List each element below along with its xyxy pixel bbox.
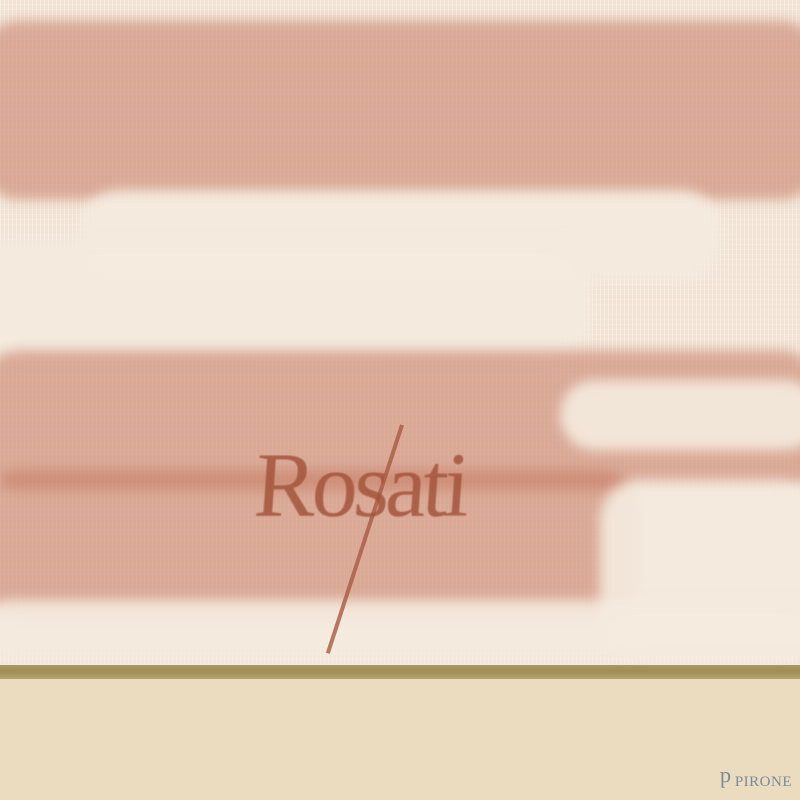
paper-highlight	[0, 240, 590, 360]
red-chalk-drawing: Rosati	[0, 0, 800, 665]
watermark: d PIRONE	[720, 766, 792, 792]
watermark-logo-icon: d	[720, 766, 731, 792]
artist-signature: Rosati	[251, 432, 470, 538]
chalk-shading-top	[0, 20, 800, 200]
paper-highlight	[0, 600, 800, 660]
watermark-text: PIRONE	[735, 774, 792, 791]
frame-mat	[0, 665, 800, 800]
gold-frame-border	[0, 665, 800, 679]
paper-highlight	[560, 380, 800, 450]
